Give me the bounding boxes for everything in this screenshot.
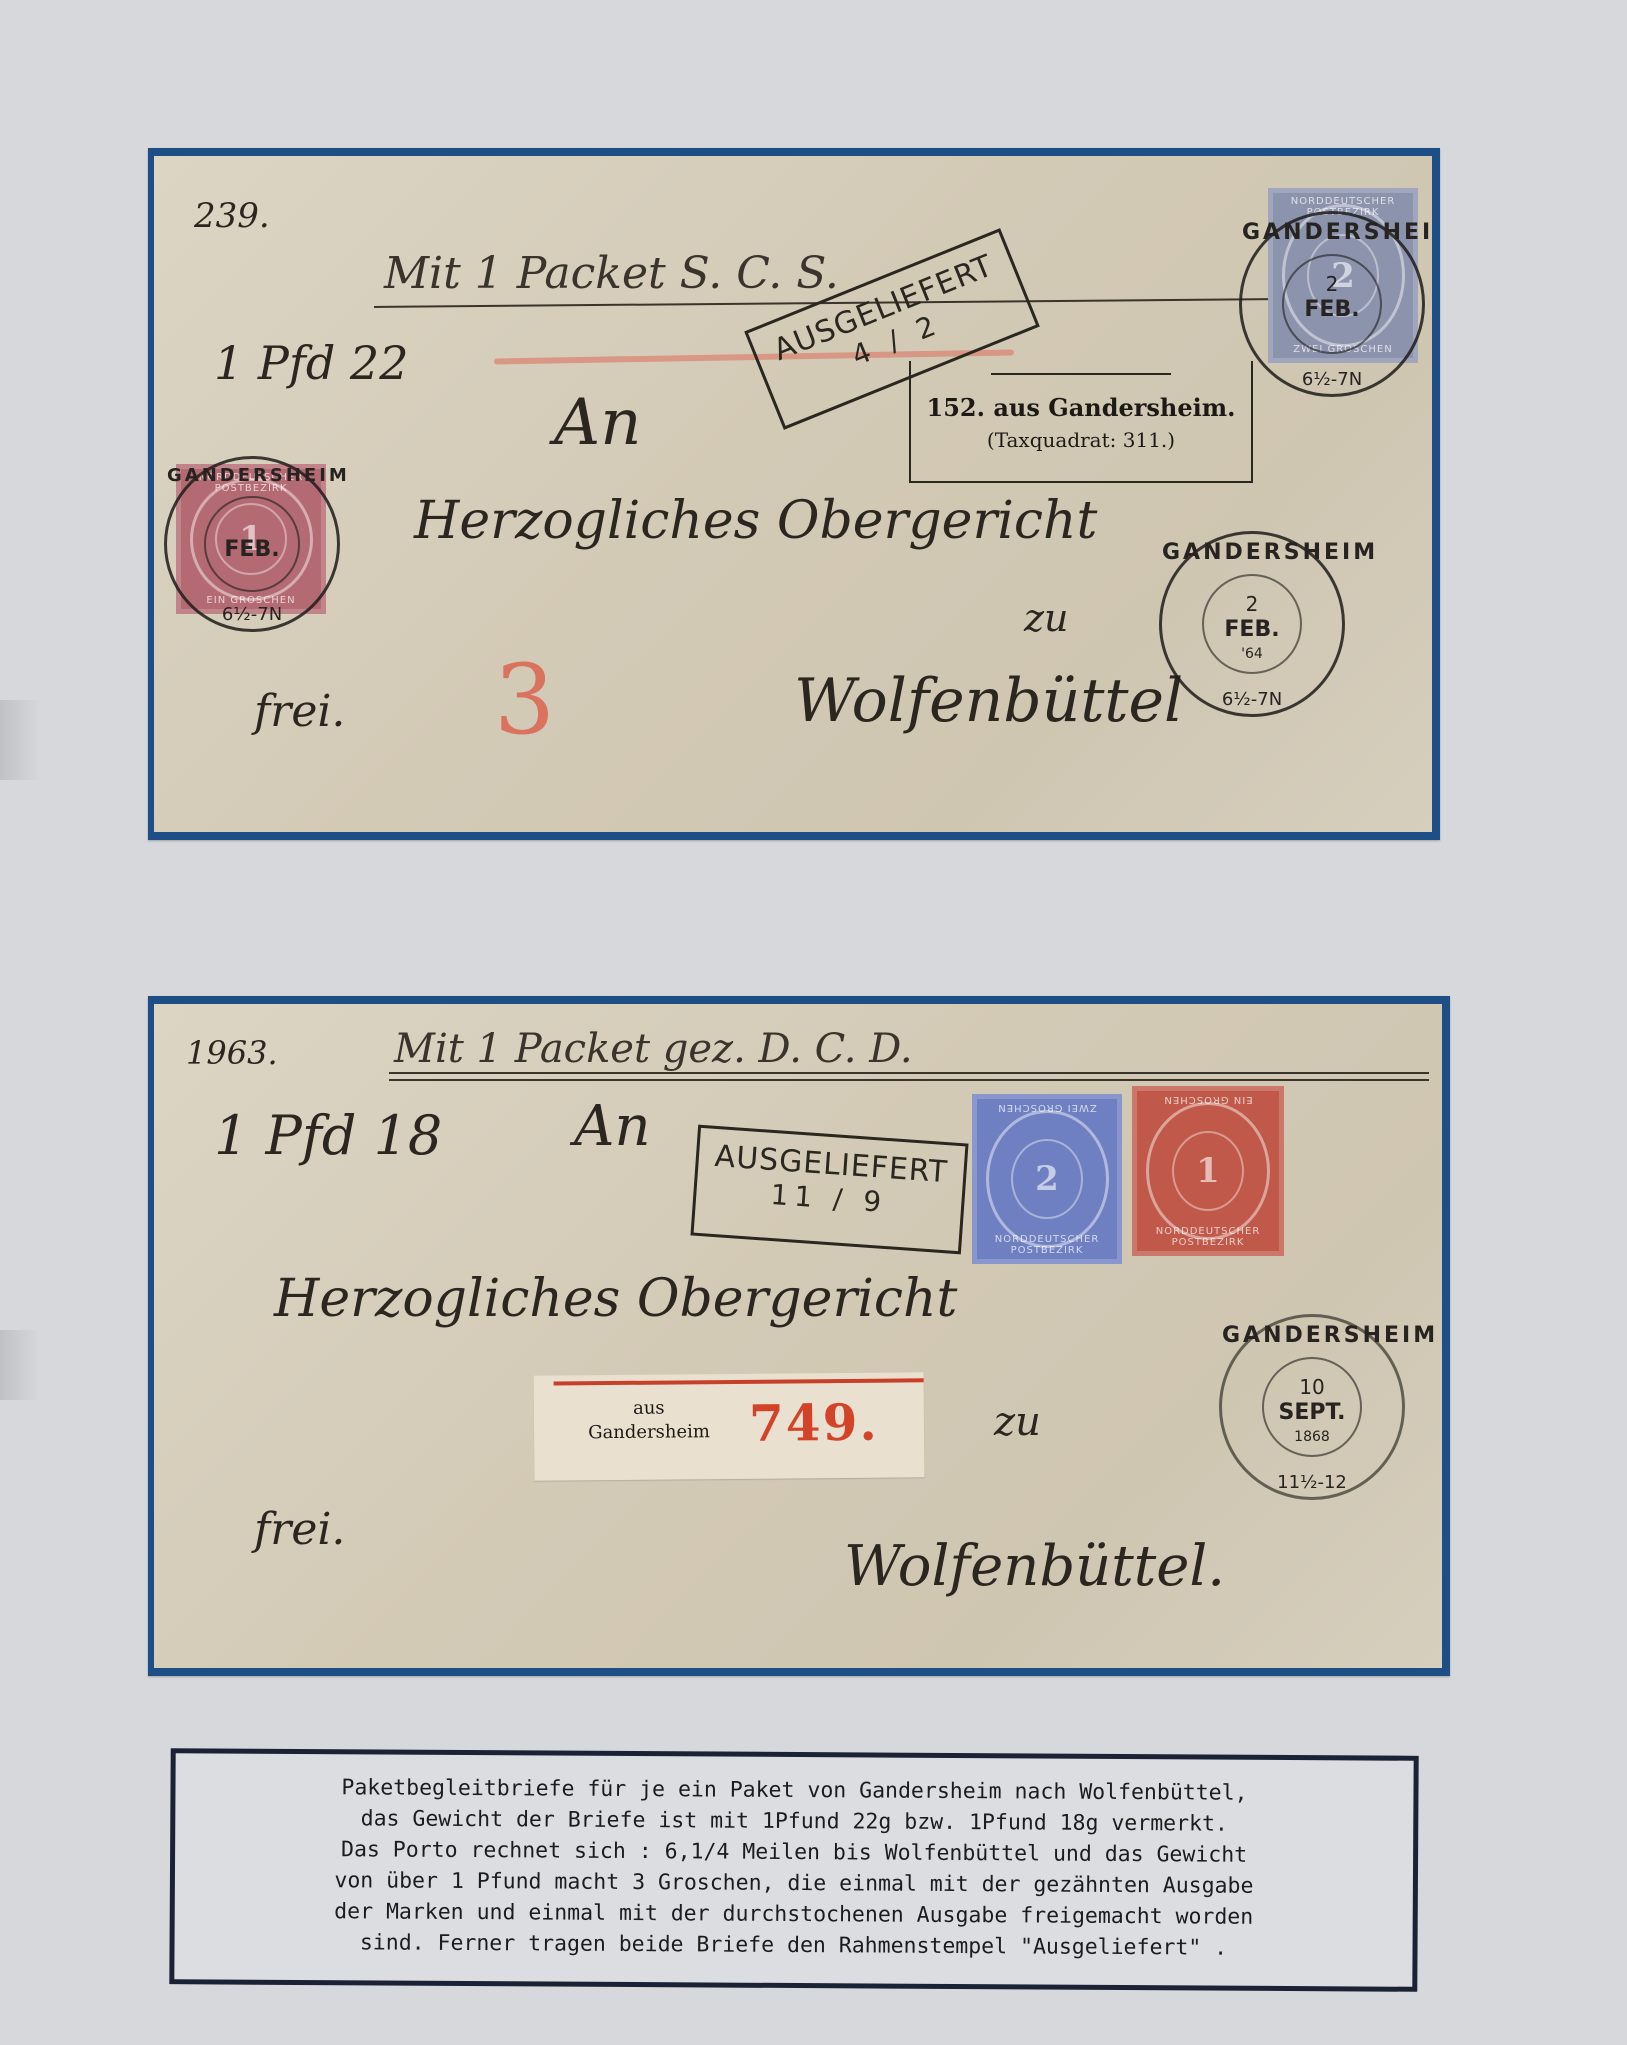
cover-1-address-to: An [554,386,641,460]
cover-2-address-zu: zu [994,1399,1041,1445]
cover-2-header-rule-2 [389,1079,1429,1081]
cover-1-header-line: Mit 1 Packet S. C. S. [384,248,839,299]
page-shadow [0,1330,40,1400]
cover-1-weight-note: 1 Pfd 22 [214,336,408,390]
cover-1-ref-number: 239. [194,196,270,236]
cover-1-addressee: Herzogliches Obergericht [414,491,1097,551]
cover-1-red-mark: 3 [494,644,555,756]
cover-2-stamp-blue: ZWEI GROSCHEN 2 NORDDEUTSCHER POSTBEZIRK [972,1094,1122,1264]
cover-2: 1963. Mit 1 Packet gez. D. C. D. 1 Pfd 1… [154,1004,1442,1668]
cover-2-mount: 1963. Mit 1 Packet gez. D. C. D. 1 Pfd 1… [148,996,1450,1676]
cover-1-franking-note: frei. [254,686,345,737]
cover-2-addressee: Herzogliches Obergericht [274,1269,957,1329]
parcel-number: 749. [749,1393,879,1453]
cover-1-cancel-left: GANDERSHEIM FEB. 6½-7N [164,456,340,632]
description-caption: Paketbegleitbriefe für je ein Paket von … [169,1748,1418,1992]
cover-1-mount: 239. Mit 1 Packet S. C. S. 1 Pfd 22 AUSG… [148,148,1440,840]
cover-2-header-line: Mit 1 Packet gez. D. C. D. [394,1026,913,1072]
cover-2-ausgeliefert-stamp: AUSGELIEFERT 11 / 9 [690,1125,968,1255]
page-shadow [0,700,40,780]
cover-2-franking-note: frei. [254,1504,345,1555]
cover-2-address-to: An [574,1094,651,1159]
cover-2-header-rule [389,1072,1429,1074]
cover-1-destination: Wolfenbüttel [794,666,1183,736]
cover-2-cancel: GANDERSHEIM 10 SEPT. 1868 11½-12 [1219,1314,1405,1500]
cover-2-destination: Wolfenbüttel. [844,1534,1225,1599]
cover-2-stamp-red: EIN GROSCHEN 1 NORDDEUTSCHER POSTBEZIRK [1132,1086,1284,1256]
cover-2-ref-number: 1963. [186,1034,278,1072]
caption-line: sind. Ferner tragen beide Briefe den Rah… [204,1926,1382,1964]
cover-2-weight-note: 1 Pfd 18 [214,1104,442,1167]
cover-1-cancel-top-right: GANDERSHEIM 2 FEB. 6½-7N [1239,211,1425,397]
cover-1: 239. Mit 1 Packet S. C. S. 1 Pfd 22 AUSG… [154,156,1432,832]
cover-2-parcel-label: aus Gandersheim 749. [534,1372,925,1480]
cover-1-cancel-middle: GANDERSHEIM 2 FEB. '64 6½-7N [1159,531,1345,717]
cover-1-address-zu: zu [1024,596,1069,640]
cover-1-taxquadrat-label: 152. aus Gandersheim. (Taxquadrat: 311.) [909,361,1253,483]
